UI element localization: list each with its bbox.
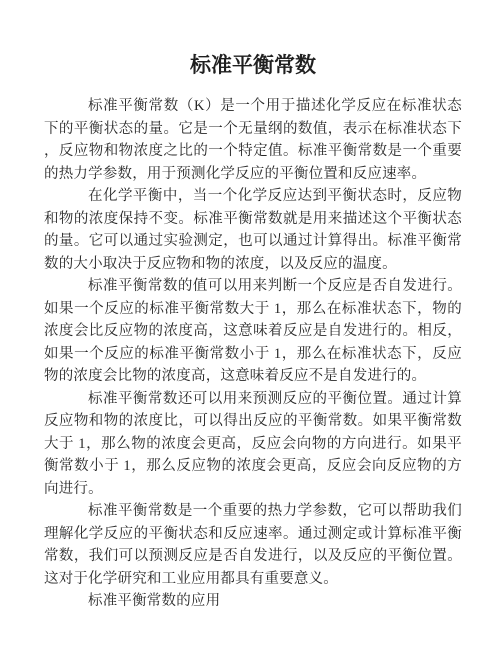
paragraph-spontaneity-judgement: 标准平衡常数的值可以用来判断一个反应是否自发进行。如果一个反应的标准平衡常数大于…: [44, 275, 462, 388]
document-page: 标准平衡常数 标准平衡常数（K）是一个用于描述化学反应在标准状态下的平衡状态的量…: [0, 0, 500, 647]
paragraph-application-heading: 标准平衡常数的应用: [44, 590, 462, 613]
paragraph-definition: 标准平衡常数（K）是一个用于描述化学反应在标准状态下的平衡状态的量。它是一个无量…: [44, 95, 462, 185]
paragraph-chemical-equilibrium: 在化学平衡中，当一个化学反应达到平衡状态时，反应物和物的浓度保持不变。标准平衡常…: [44, 185, 462, 275]
document-title: 标准平衡常数: [44, 50, 462, 80]
paragraph-thermodynamic-significance: 标准平衡常数是一个重要的热力学参数，它可以帮助我们理解化学反应的平衡状态和反应速…: [44, 500, 462, 590]
paragraph-equilibrium-position: 标准平衡常数还可以用来预测反应的平衡位置。通过计算反应物和物的浓度比，可以得出反…: [44, 388, 462, 501]
